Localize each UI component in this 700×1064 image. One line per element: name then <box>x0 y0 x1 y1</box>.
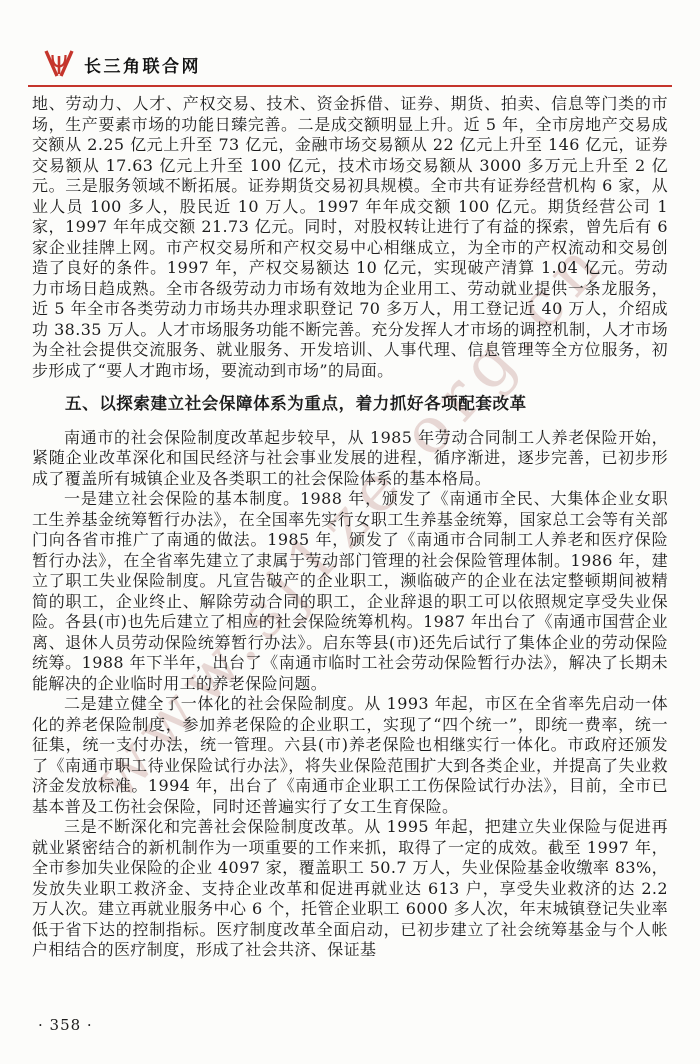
body-paragraph-4: 三是不断深化和完善社会保险制度改革。从 1995 年起，把建立失业保险与促进再就… <box>32 817 668 961</box>
continuation-paragraph: 地、劳动力、人才、产权交易、技术、资金拆借、证券、期货、拍卖、信息等门类的市场，… <box>32 94 668 381</box>
scanned-document-page: www.sj1ze.org.cn 长三角联合网 地、劳动力、人才、产权交易、技术… <box>0 0 700 1064</box>
document-body: 地、劳动力、人才、产权交易、技术、资金拆借、证券、期货、拍卖、信息等门类的市场，… <box>32 94 668 961</box>
body-paragraph-3: 二是建立健全了一体化的社会保险制度。从 1993 年起，市区在全省率先启动一体化… <box>32 694 668 817</box>
body-paragraph-1: 南通市的社会保险制度改革起步较早，从 1985 年劳动合同制工人养老保险开始，紧… <box>32 428 668 490</box>
trident-v-logo-icon <box>44 50 74 78</box>
site-name: 长三角联合网 <box>84 52 201 77</box>
body-paragraph-2: 一是建立社会保险的基本制度。1988 年，颁发了《南通市全民、大集体企业女职工生… <box>32 489 668 694</box>
page-number: · 358 · <box>38 1016 93 1034</box>
section-heading: 五、以探索建立社会保障体系为重点，着力抓好各项配套改革 <box>32 394 668 415</box>
site-header: 长三角联合网 <box>44 50 201 78</box>
header-divider-rule <box>28 85 672 87</box>
